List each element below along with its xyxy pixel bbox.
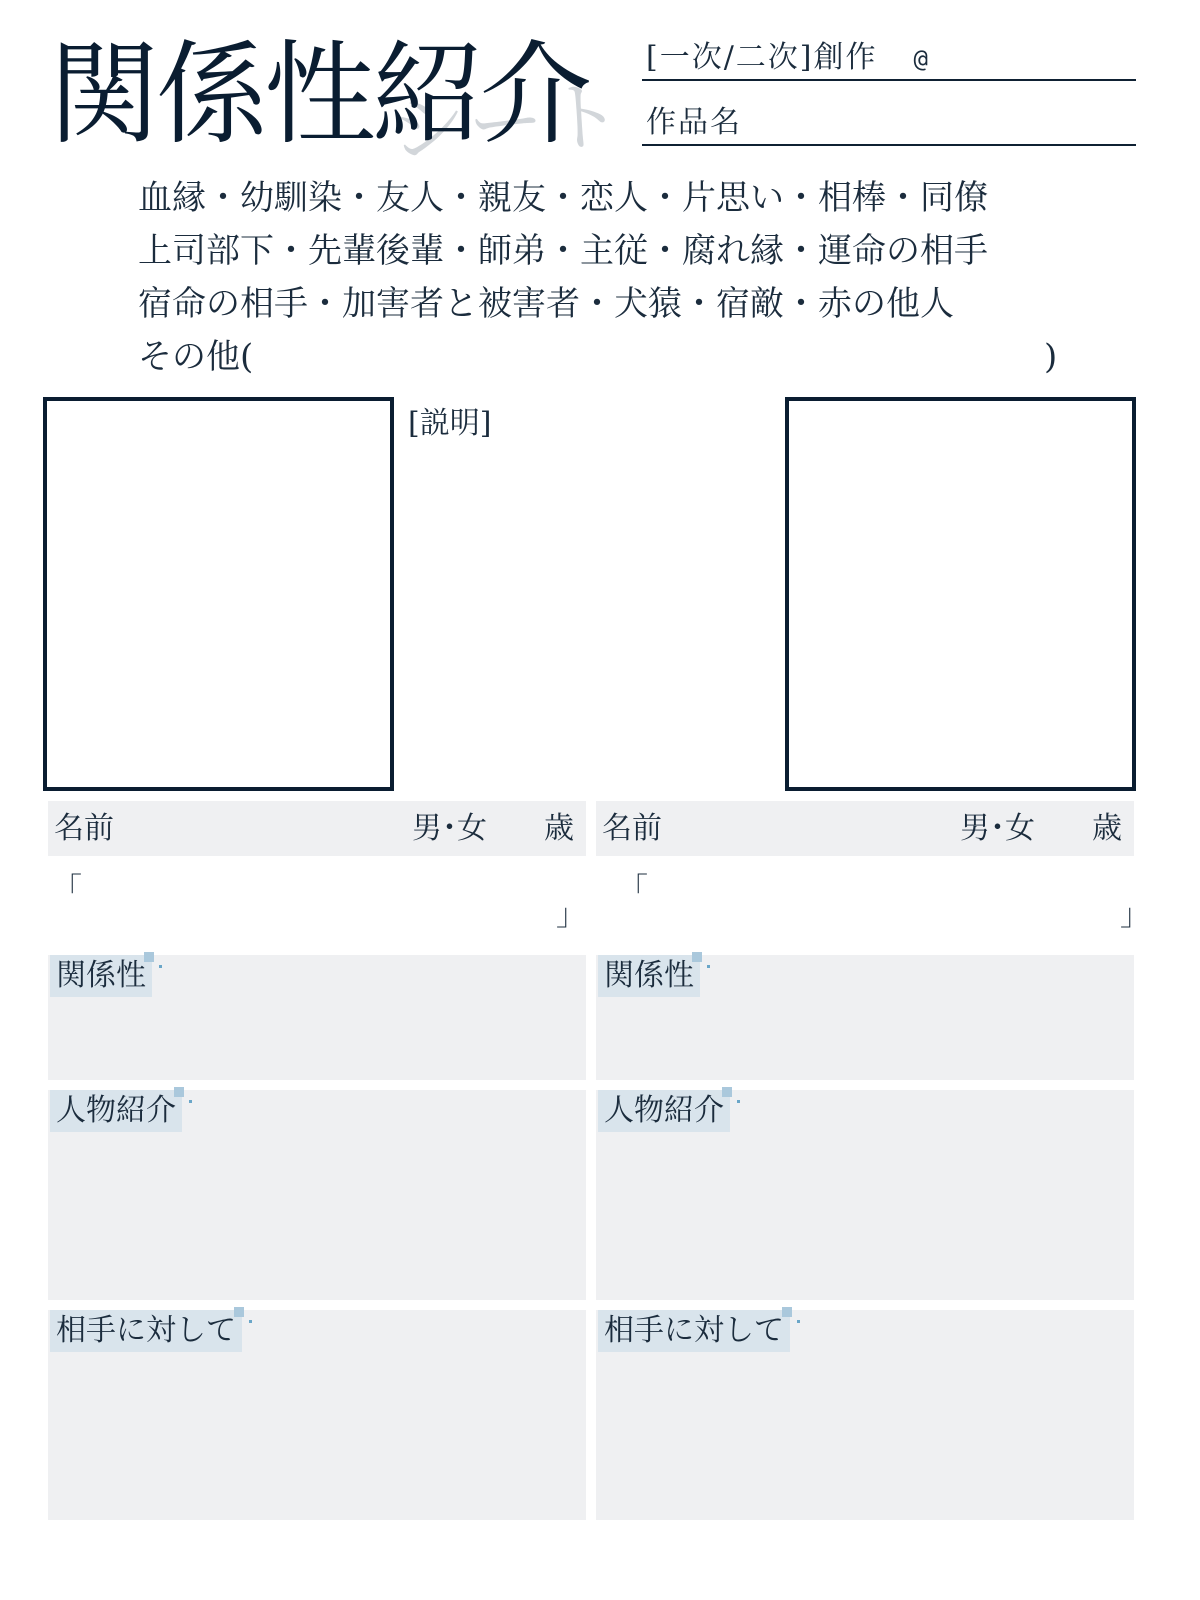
- section-label: 人物紹介: [56, 1093, 176, 1128]
- other-option-open: その他(: [138, 337, 253, 377]
- section-tag: 相手に対して: [598, 1310, 790, 1352]
- tag-corner-marker: [144, 952, 154, 962]
- section-label: 相手に対して: [56, 1313, 236, 1348]
- gender-label[interactable]: 男･女: [960, 801, 1035, 856]
- relationship-options-line[interactable]: 宿命の相手・加害者と被害者・犬猿・宿敵・赤の他人: [138, 278, 1068, 331]
- tag-dot-marker: [249, 1320, 252, 1323]
- creation-type-field[interactable]: [一次/二次]創作@: [642, 38, 1136, 81]
- character-2-quote-close: 」: [1120, 898, 1150, 934]
- tag-corner-marker: [234, 1307, 244, 1317]
- tag-dot-marker: [737, 1100, 740, 1103]
- age-label: 歳: [1092, 801, 1122, 856]
- tag-dot-marker: [797, 1320, 800, 1323]
- other-option-line[interactable]: その他( ): [138, 331, 1068, 384]
- tag-corner-marker: [692, 952, 702, 962]
- work-name-label: 作品名: [646, 105, 742, 140]
- character-2-name-bar[interactable]: 名前 男･女 歳: [596, 801, 1134, 856]
- description-label: [説明]: [408, 404, 491, 444]
- character-2-relationship-panel[interactable]: 関係性: [596, 955, 1134, 1080]
- tag-corner-marker: [722, 1087, 732, 1097]
- character-2-profile-panel[interactable]: 人物紹介: [596, 1090, 1134, 1300]
- section-label: 相手に対して: [604, 1313, 784, 1348]
- character-2-feelings-panel[interactable]: 相手に対して: [596, 1310, 1134, 1520]
- section-tag: 人物紹介: [598, 1090, 730, 1132]
- at-symbol: @: [914, 45, 930, 73]
- tag-corner-marker: [782, 1307, 792, 1317]
- character-1-profile-panel[interactable]: 人物紹介: [48, 1090, 586, 1300]
- tag-dot-marker: [707, 965, 710, 968]
- tag-dot-marker: [189, 1100, 192, 1103]
- name-label: 名前: [602, 801, 662, 856]
- section-tag: 関係性: [598, 955, 700, 997]
- section-label: 関係性: [604, 958, 694, 993]
- character-1-name-bar[interactable]: 名前 男･女 歳: [48, 801, 586, 856]
- character-1-quote-open: 「: [52, 872, 82, 908]
- character-1-quote-close: 」: [556, 898, 586, 934]
- section-label: 関係性: [56, 958, 146, 993]
- creation-type-label: [一次/二次]創作: [646, 40, 878, 75]
- character-1-feelings-panel[interactable]: 相手に対して: [48, 1310, 586, 1520]
- relationship-options-line[interactable]: 上司部下・先輩後輩・師弟・主従・腐れ縁・運命の相手: [138, 225, 1068, 278]
- section-tag: 関係性: [50, 955, 152, 997]
- other-option-close: ): [1044, 331, 1057, 384]
- name-label: 名前: [54, 801, 114, 856]
- work-name-field[interactable]: 作品名: [642, 103, 1136, 146]
- section-tag: 人物紹介: [50, 1090, 182, 1132]
- relationship-options: 血縁・幼馴染・友人・親友・恋人・片思い・相棒・同僚 上司部下・先輩後輩・師弟・主…: [138, 172, 1068, 384]
- character-1-relationship-panel[interactable]: 関係性: [48, 955, 586, 1080]
- gender-label[interactable]: 男･女: [412, 801, 487, 856]
- tag-corner-marker: [174, 1087, 184, 1097]
- relationship-options-line[interactable]: 血縁・幼馴染・友人・親友・恋人・片思い・相棒・同僚: [138, 172, 1068, 225]
- character-2-quote-open: 「: [618, 872, 648, 908]
- character-1-image-frame[interactable]: [43, 397, 394, 791]
- page-title: 関係性紹介: [48, 30, 588, 160]
- tag-dot-marker: [159, 965, 162, 968]
- section-label: 人物紹介: [604, 1093, 724, 1128]
- section-tag: 相手に対して: [50, 1310, 242, 1352]
- age-label: 歳: [544, 801, 574, 856]
- character-2-image-frame[interactable]: [785, 397, 1136, 791]
